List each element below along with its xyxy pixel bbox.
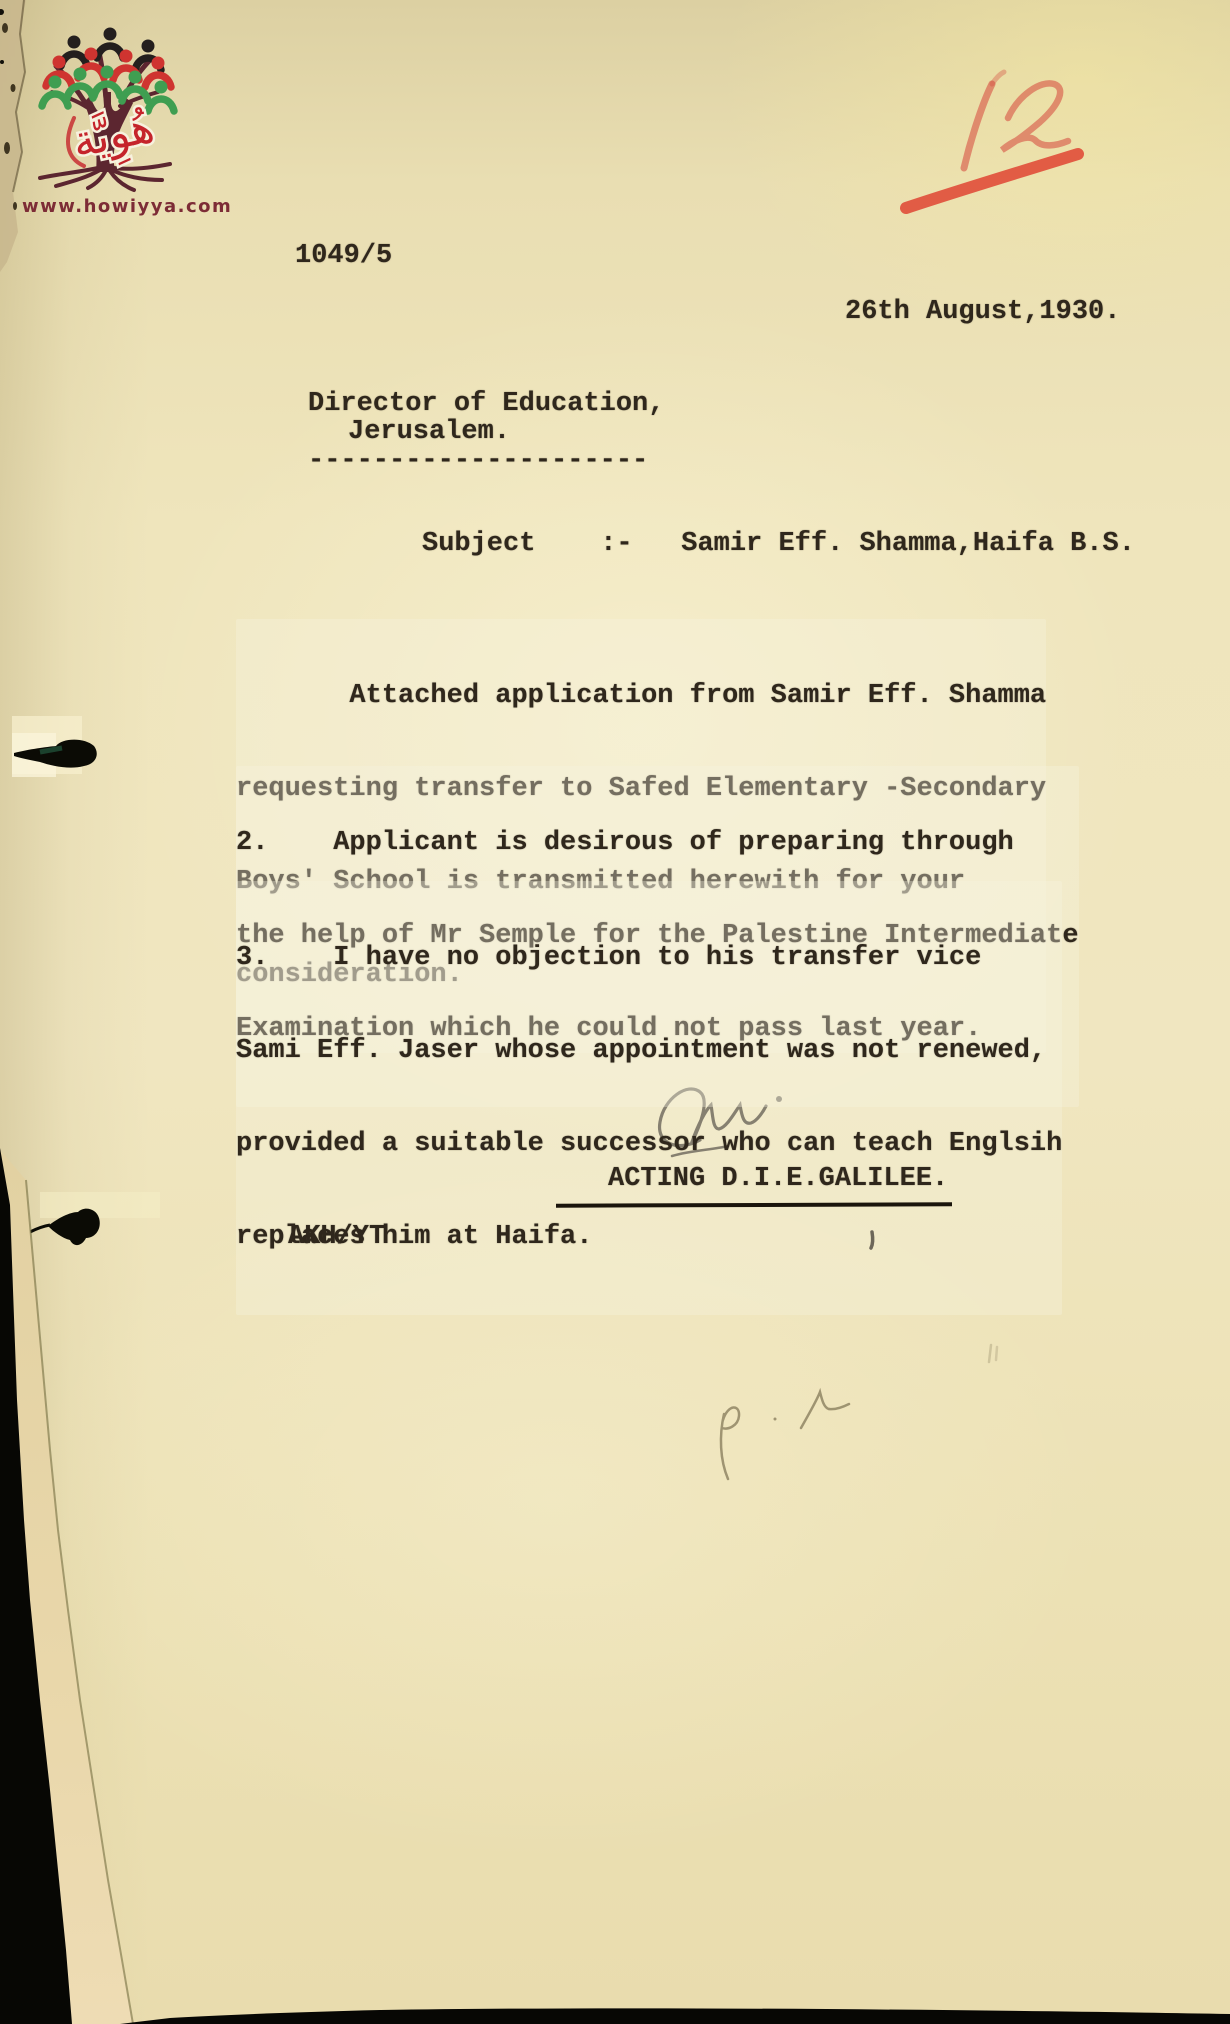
signoff-title: ACTING D.I.E.GALILEE. (608, 1164, 948, 1195)
paragraph-2-line: 2. Applicant is desirous of preparing th… (236, 828, 1079, 859)
red-crayon-number-12 (906, 72, 1078, 208)
paragraph-3-line: Sami Eff. Jaser whose appointment was no… (236, 1036, 1062, 1067)
pencil-marks (721, 1345, 997, 1479)
recipient-underline: --------------------- (308, 446, 648, 477)
subject-line: Subject :- Samir Eff. Shamma,Haifa B.S. (422, 529, 1135, 560)
paragraph-1-line: Attached application from Samir Eff. Sha… (236, 681, 1046, 712)
typist-reference: AKH/YT (288, 1222, 385, 1253)
recipient-city: Jerusalem. (348, 417, 510, 448)
watermark-url: www.howiyya.com (22, 196, 232, 218)
reference-number: 1049/5 (295, 241, 392, 272)
ink-blot-top (12, 716, 97, 777)
recipient-title: Director of Education, (308, 389, 664, 420)
howiyya-logo: هُوِيَّة (40, 28, 174, 191)
scanned-document: هُوِيَّة (0, 0, 1230, 2024)
torn-left-edge (0, 0, 26, 272)
paragraph-3-line: 3. I have no objection to his transfer v… (236, 943, 1062, 974)
letter-date: 26th August,1930. (845, 297, 1120, 328)
ink-blot-bottom (30, 1192, 160, 1245)
paragraph-3-line: provided a suitable successor who can te… (236, 1129, 1062, 1160)
bottom-black-strip (120, 2008, 1230, 2024)
